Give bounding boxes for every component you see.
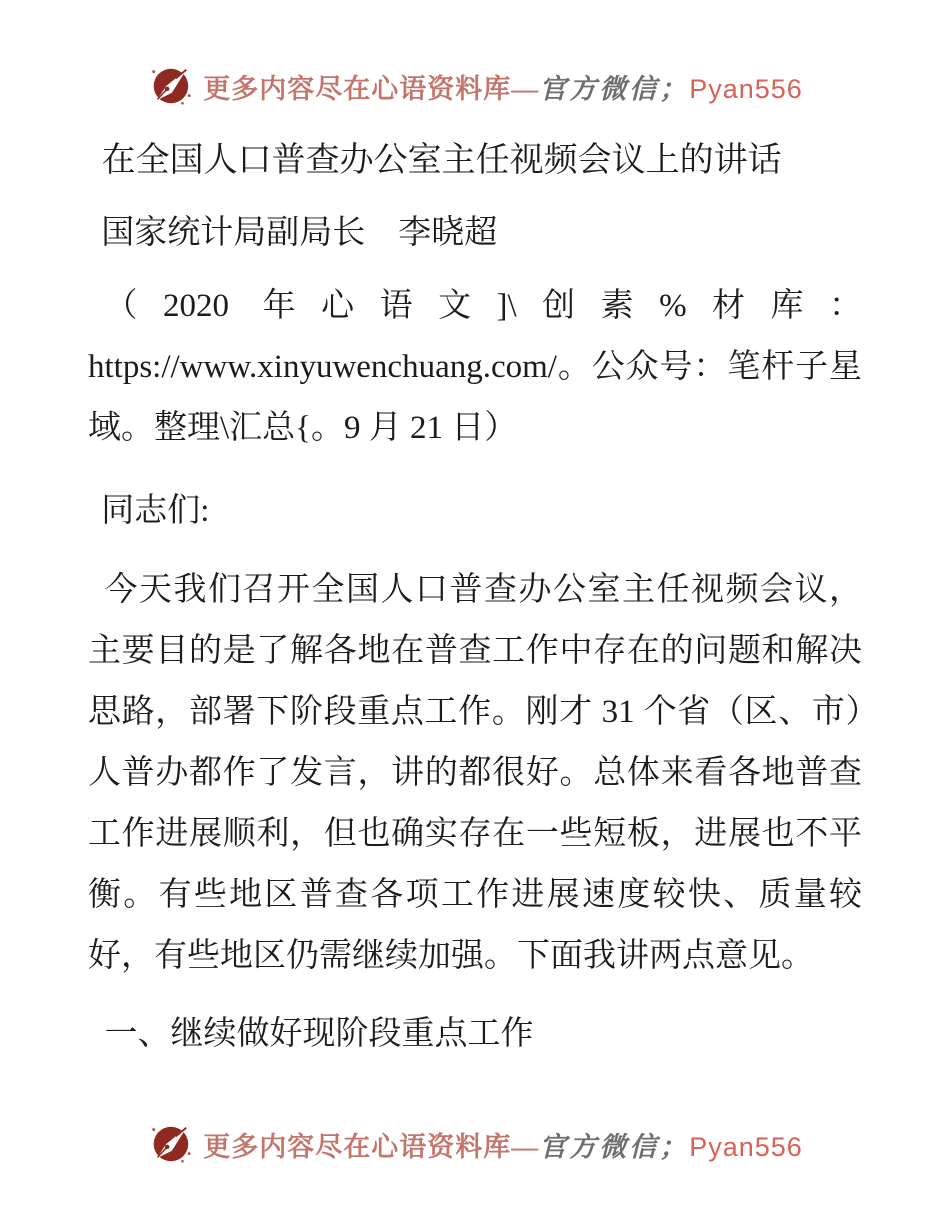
source-note: （2020 年心语文]\创素%材库：https://www.xinyuwench…	[88, 276, 862, 459]
pen-nib-circle-icon	[147, 1121, 193, 1167]
section-heading: 一、继续做好现阶段重点工作	[88, 1009, 862, 1059]
wechat-label: 官方微信；	[539, 1132, 689, 1162]
document-body: 在全国人口普查办公室主任视频会议上的讲话 国家统计局副局长 李晓超 （2020 …	[0, 114, 950, 1059]
wechat-id: Pyan556	[689, 1132, 803, 1162]
header-brand-text: 更多内容尽在心语资料库—官方微信；Pyan556	[203, 67, 803, 106]
brand-slogan: 更多内容尽在心语资料库—	[203, 74, 539, 104]
brand-slogan: 更多内容尽在心语资料库—	[203, 1132, 539, 1162]
header-brand-bar: 更多内容尽在心语资料库—官方微信；Pyan556	[0, 58, 950, 114]
document-title: 在全国人口普查办公室主任视频会议上的讲话	[88, 136, 862, 186]
wechat-label: 官方微信；	[539, 74, 689, 104]
footer-brand-text: 更多内容尽在心语资料库—官方微信；Pyan556	[203, 1125, 803, 1164]
pen-nib-circle-icon	[147, 63, 193, 109]
wechat-id: Pyan556	[689, 74, 803, 104]
footer-brand-bar: 更多内容尽在心语资料库—官方微信；Pyan556	[0, 1116, 950, 1172]
paragraph: 今天我们召开全国人口普查办公室主任视频会议，主要目的是了解各地在普查工作中存在的…	[88, 560, 862, 987]
document-byline: 国家统计局副局长 李晓超	[88, 208, 862, 258]
salutation: 同志们:	[88, 481, 862, 542]
